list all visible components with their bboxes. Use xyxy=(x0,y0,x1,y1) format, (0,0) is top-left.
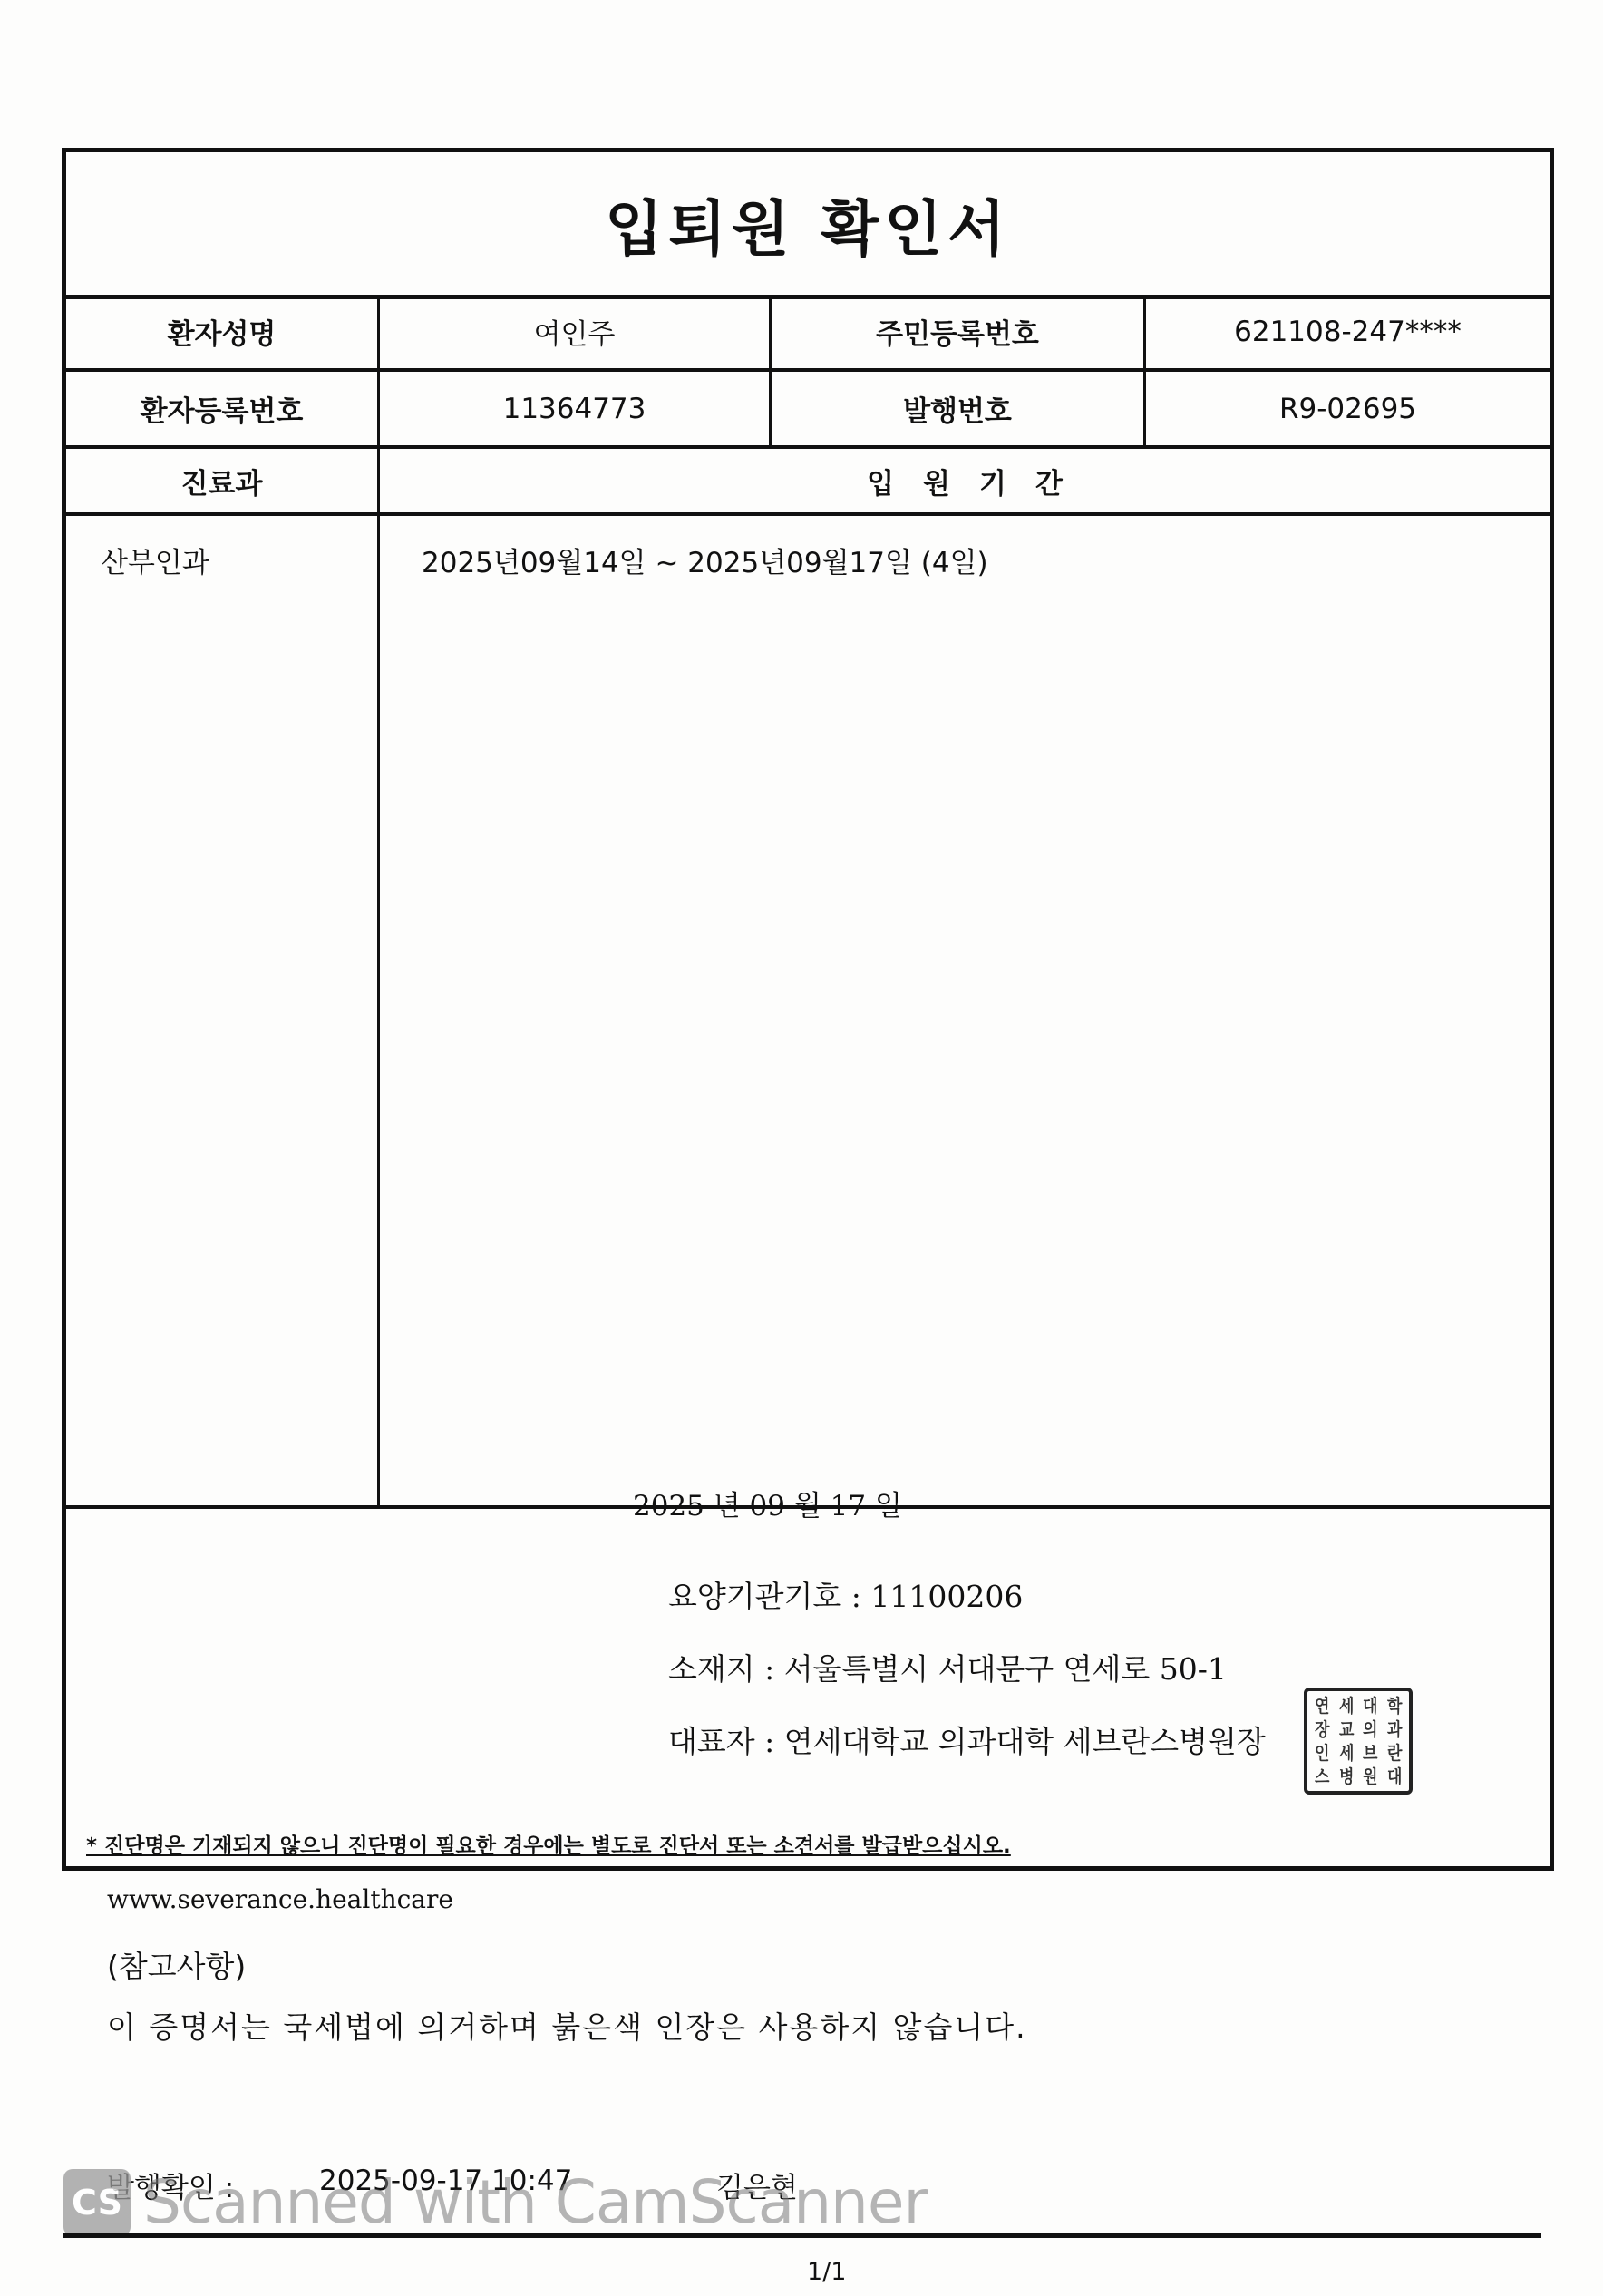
seal-char: 세 xyxy=(1336,1694,1356,1717)
document-page: 입퇴원 확인서 환자성명 여인주 주민등록번호 621108-247**** 환… xyxy=(0,0,1603,2296)
patient-info-grid: 환자성명 여인주 주민등록번호 621108-247**** 환자등록번호 11… xyxy=(66,295,1550,1509)
seal-char: 원 xyxy=(1360,1765,1381,1788)
patient-name-label: 환자성명 xyxy=(66,295,380,368)
seal-char: 스 xyxy=(1312,1765,1333,1788)
diagnosis-notice: * 진단명은 기재되지 않으니 진단명이 필요한 경우에는 별도로 진단서 또는… xyxy=(86,1829,1011,1859)
department-value: 산부인과 xyxy=(66,516,380,1505)
department-header: 진료과 xyxy=(66,449,380,512)
issuer-section: 2025 년 09 월 17 일 요양기관기호 : 11100206 소재지 :… xyxy=(66,1435,1550,1866)
official-seal-stamp: 연 세 대 학 장 교 의 과 인 세 브 란 스 병 원 대 xyxy=(1304,1688,1413,1795)
seal-char: 의 xyxy=(1360,1717,1381,1741)
institution-code: 요양기관기호 : 11100206 xyxy=(668,1573,1023,1616)
seal-char: 교 xyxy=(1336,1717,1356,1741)
seal-char: 대 xyxy=(1384,1765,1404,1788)
seal-char: 과 xyxy=(1384,1717,1404,1741)
seal-char: 학 xyxy=(1384,1694,1404,1717)
rrn-value: 621108-247**** xyxy=(1146,295,1550,368)
issue-confirm-issuer: 김은현 xyxy=(716,2165,798,2205)
registration-value: 11364773 xyxy=(380,372,772,445)
admission-header-row: 진료과 입원기간 xyxy=(66,449,1550,516)
info-row-name: 환자성명 여인주 주민등록번호 621108-247**** xyxy=(66,295,1550,372)
reference-title: (참고사항) xyxy=(107,1943,246,1986)
issue-confirm-label: 발행확인 : xyxy=(107,2165,234,2205)
seal-char: 연 xyxy=(1312,1694,1333,1717)
admission-row: 산부인과 2025년09월14일 ~ 2025년09월17일 (4일) xyxy=(66,516,1550,1509)
seal-char: 장 xyxy=(1312,1717,1333,1741)
seal-char: 브 xyxy=(1360,1741,1381,1765)
issue-number-value: R9-02695 xyxy=(1146,372,1550,445)
seal-char: 병 xyxy=(1336,1765,1356,1788)
seal-char: 인 xyxy=(1312,1741,1333,1765)
patient-name-value: 여인주 xyxy=(380,295,772,368)
institution-representative: 대표자 : 연세대학교 의과대학 세브란스병원장 xyxy=(668,1718,1266,1761)
page-number: 1/1 xyxy=(807,2258,846,2286)
admission-period-value: 2025년09월14일 ~ 2025년09월17일 (4일) xyxy=(380,516,1550,1505)
reference-text: 이 증명서는 국세법에 의거하며 붉은색 인장은 사용하지 않습니다. xyxy=(107,2004,1027,2047)
admission-period-header: 입원기간 xyxy=(380,449,1550,512)
issue-number-label: 발행번호 xyxy=(772,372,1146,445)
certificate-form: 입퇴원 확인서 환자성명 여인주 주민등록번호 621108-247**** 환… xyxy=(62,148,1554,1871)
rrn-label: 주민등록번호 xyxy=(772,295,1146,368)
title-row: 입퇴원 확인서 xyxy=(66,152,1550,299)
seal-char: 란 xyxy=(1384,1741,1404,1765)
issue-date: 2025 년 09 월 17 일 xyxy=(633,1483,902,1523)
website-link[interactable]: www.severance.healthcare xyxy=(107,1884,453,1914)
registration-label: 환자등록번호 xyxy=(66,372,380,445)
issue-confirm-datetime: 2025-09-17 10:47 xyxy=(319,2165,572,2197)
document-title: 입퇴원 확인서 xyxy=(605,180,1011,267)
institution-address: 소재지 : 서울특별시 서대문구 연세로 50-1 xyxy=(668,1646,1227,1688)
info-row-registration: 환자등록번호 11364773 발행번호 R9-02695 xyxy=(66,372,1550,449)
seal-char: 대 xyxy=(1360,1694,1381,1717)
bottom-divider xyxy=(63,2233,1541,2238)
seal-char: 세 xyxy=(1336,1741,1356,1765)
